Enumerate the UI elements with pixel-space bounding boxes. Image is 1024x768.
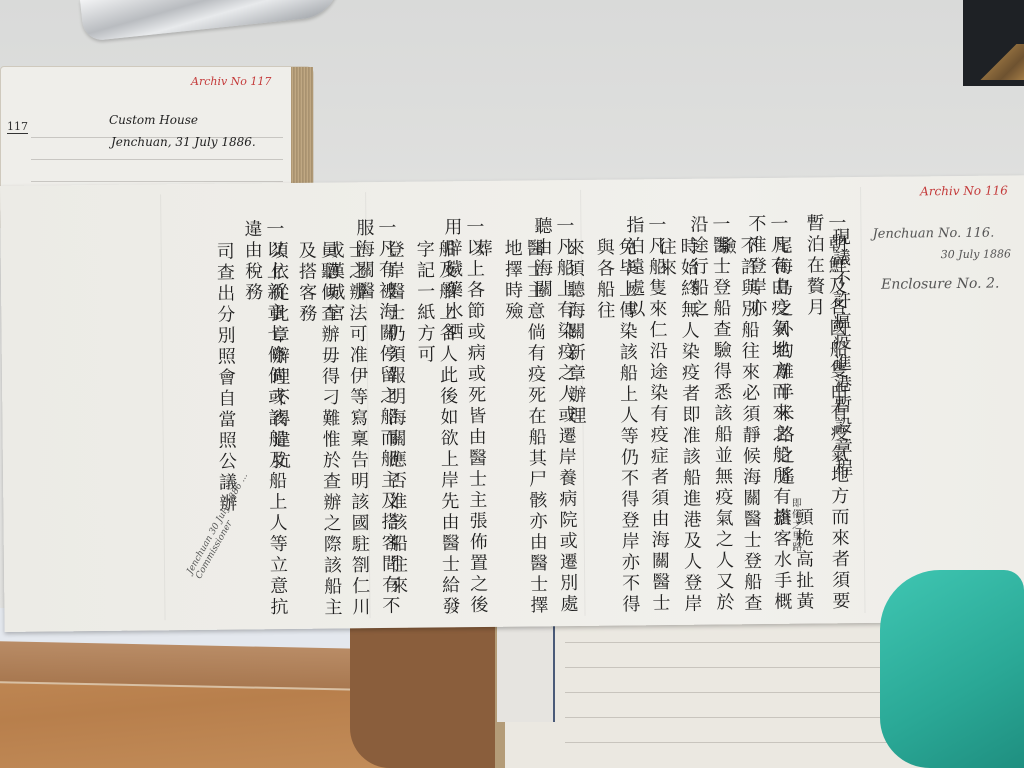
- green-glove-hand: [880, 570, 1024, 768]
- dark-archive-box: [963, 0, 1024, 86]
- table-ledge: [0, 641, 360, 691]
- enclosure-reference: Jenchuan No. 116.: [872, 226, 994, 242]
- ledger-heading-2: Jenchuan, 31 July 1886.: [111, 135, 256, 149]
- text-column: 司查出分別照會自當照公議辦: [213, 242, 238, 515]
- enclosure-date: 30 July 1886: [941, 247, 1011, 261]
- ledger-heading-1: Custom House: [109, 113, 198, 127]
- page-number: 117: [7, 120, 28, 134]
- text-column: 員聽候查辦毋得刁難惟於查辦之際該船主及搭客務: [295, 240, 343, 628]
- paper-strip: [497, 612, 555, 722]
- text-column: 一以上新章七條倘或該船及船上人等立意抗違由稅務: [240, 219, 288, 629]
- text-column: 免毕上傳染該船上人等仍不得登岸亦不得與各船往: [593, 237, 641, 625]
- quarantine-regulations-document: Archiv No 116 Jenchuan No. 116. 30 July …: [0, 175, 1024, 632]
- document-archive-label: Archiv No 116: [920, 183, 1008, 198]
- brown-cardboard: [350, 612, 510, 768]
- archive-label: Archiv No 117: [191, 75, 271, 88]
- text-column: 船及船上各人此後如欲上岸先由醫士給發字記一紙方可: [413, 239, 461, 627]
- enclosure-number: Enclosure No. 2.: [881, 276, 999, 293]
- text-column: 醫士主意倘有疫死在船其尸骸亦由醫士擇地擇時殮: [501, 238, 549, 626]
